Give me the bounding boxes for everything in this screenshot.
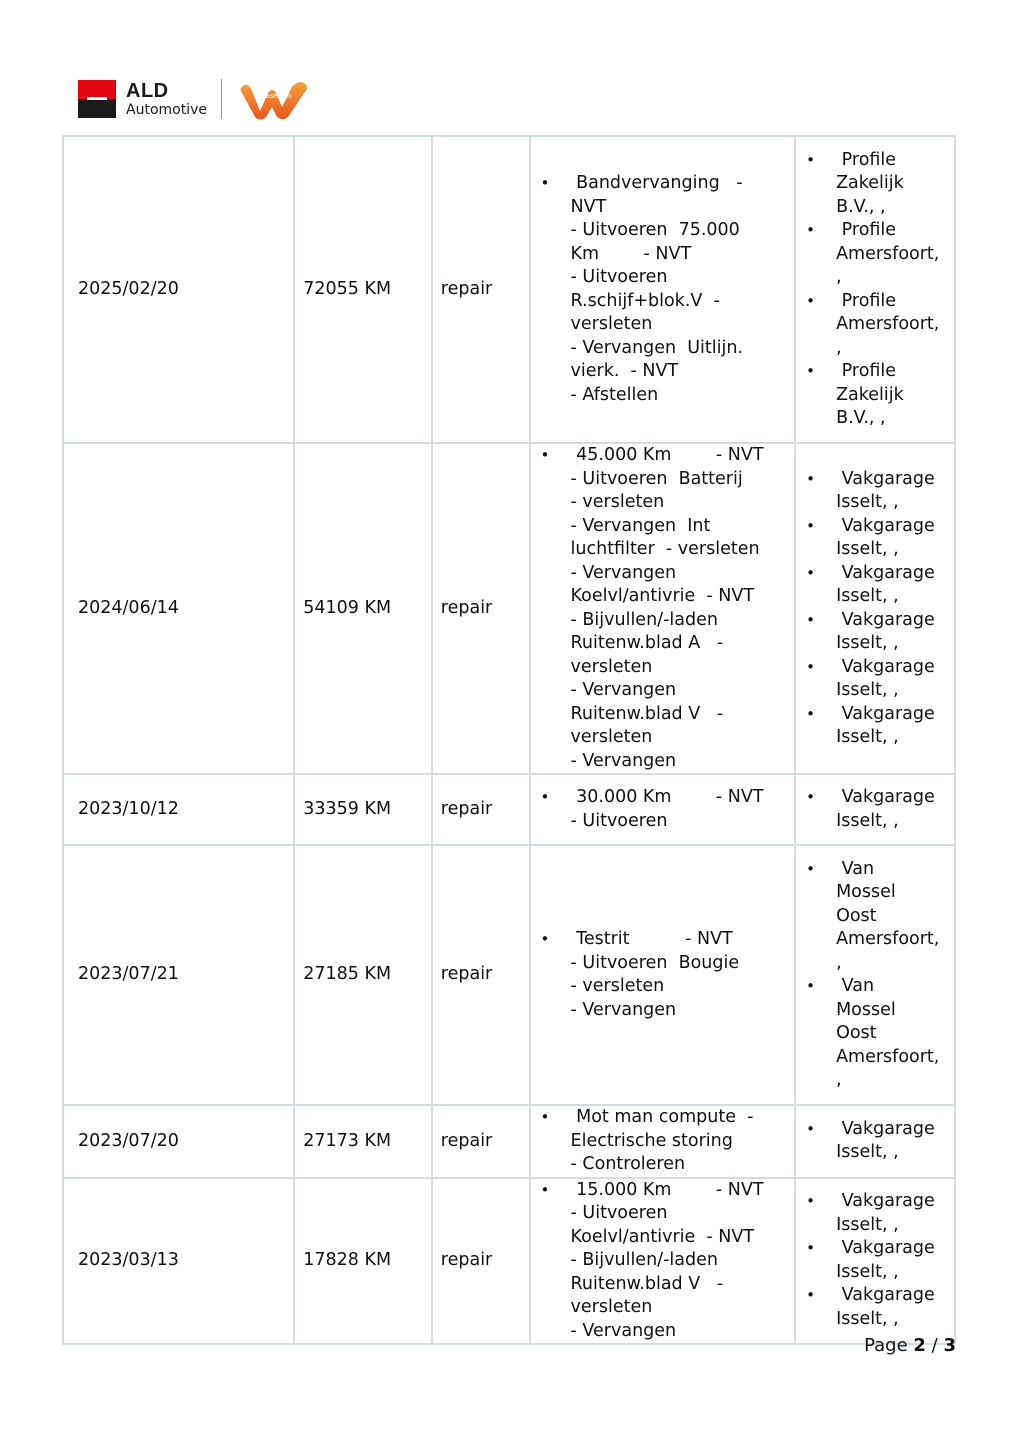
work-text: Bandvervanging - NVT - Uitvoeren 75.000 … bbox=[571, 172, 744, 407]
service-type: repair bbox=[432, 774, 530, 845]
garage-list-item: • Vakgarage Isselt, , bbox=[806, 609, 954, 656]
work-text: 30.000 Km - NVT - Uitvoeren bbox=[571, 786, 764, 833]
garage-list: • Vakgarage Isselt, ,• Vakgarage Isselt,… bbox=[795, 443, 955, 774]
bullet-icon: • bbox=[541, 444, 571, 773]
bullet-icon: • bbox=[806, 656, 836, 703]
maintenance-history-table: 2025/02/2072055 KMrepair• Bandvervanging… bbox=[62, 135, 956, 1345]
garage-list-item: • Profile Amersfoort, , bbox=[806, 290, 954, 361]
work-list-item: • 45.000 Km - NVT - Uitvoeren Batterij -… bbox=[541, 444, 787, 773]
ald-logo-line2: Automotive bbox=[126, 103, 207, 117]
garage-name: Vakgarage Isselt, , bbox=[836, 468, 935, 515]
work-description: • 30.000 Km - NVT - Uitvoeren bbox=[530, 774, 796, 845]
garage-list-item: • Vakgarage Isselt, , bbox=[806, 1118, 954, 1165]
garage-name: Van Mossel Oost Amersfoort, , bbox=[836, 858, 939, 976]
service-date: 2024/06/14 bbox=[63, 443, 294, 774]
bullet-icon: • bbox=[806, 1190, 836, 1237]
bullet-icon: • bbox=[806, 1118, 836, 1165]
table-row: 2023/03/1317828 KMrepair• 15.000 Km - NV… bbox=[63, 1178, 955, 1345]
garage-name: Vakgarage Isselt, , bbox=[836, 1237, 935, 1284]
work-text: 45.000 Km - NVT - Uitvoeren Batterij - v… bbox=[571, 444, 764, 773]
garage-name: Vakgarage Isselt, , bbox=[836, 1284, 935, 1331]
work-text: 15.000 Km - NVT - Uitvoeren Koelvl/antiv… bbox=[571, 1179, 764, 1344]
garage-name: Vakgarage Isselt, , bbox=[836, 1190, 935, 1237]
bullet-icon: • bbox=[806, 1284, 836, 1331]
garage-list-item: • Profile Zakelijk B.V., , bbox=[806, 149, 954, 220]
bullet-icon: • bbox=[806, 219, 836, 290]
mileage: 72055 KM bbox=[294, 136, 432, 443]
work-description: • Testrit - NVT - Uitvoeren Bougie - ver… bbox=[530, 845, 796, 1105]
garage-list: • Van Mossel Oost Amersfoort, ,• Van Mos… bbox=[795, 845, 955, 1105]
table-row: 2024/06/1454109 KMrepair• 45.000 Km - NV… bbox=[63, 443, 955, 774]
garage-name: Profile Amersfoort, , bbox=[836, 219, 939, 290]
garage-list-item: • Vakgarage Isselt, , bbox=[806, 1284, 954, 1331]
garage-list-item: • Van Mossel Oost Amersfoort, , bbox=[806, 858, 954, 976]
garage-list: • Profile Zakelijk B.V., ,• Profile Amer… bbox=[795, 136, 955, 443]
page-header: ALD Automotive LeasePlan bbox=[78, 76, 310, 122]
work-description: • Bandvervanging - NVT - Uitvoeren 75.00… bbox=[530, 136, 796, 443]
garage-list-item: • Profile Zakelijk B.V., , bbox=[806, 360, 954, 431]
garage-list: • Vakgarage Isselt, , bbox=[795, 774, 955, 845]
work-text: Testrit - NVT - Uitvoeren Bougie - versl… bbox=[571, 928, 740, 1022]
work-description: • Mot man compute - Electrische storing … bbox=[530, 1105, 796, 1178]
bullet-icon: • bbox=[806, 609, 836, 656]
service-type: repair bbox=[432, 1178, 530, 1345]
bullet-icon: • bbox=[541, 1179, 571, 1344]
leaseplan-logo-icon: LeasePlan bbox=[238, 77, 310, 121]
mileage: 17828 KM bbox=[294, 1178, 432, 1345]
mileage: 27173 KM bbox=[294, 1105, 432, 1178]
page-label: Page bbox=[864, 1335, 908, 1356]
mileage: 54109 KM bbox=[294, 443, 432, 774]
table-row: 2023/10/1233359 KMrepair• 30.000 Km - NV… bbox=[63, 774, 955, 845]
page-separator: / bbox=[932, 1335, 938, 1356]
leaseplan-label: LeasePlan bbox=[258, 93, 291, 100]
work-list-item: • Bandvervanging - NVT - Uitvoeren 75.00… bbox=[541, 172, 787, 407]
table-row: 2023/07/2027173 KMrepair• Mot man comput… bbox=[63, 1105, 955, 1178]
garage-list-item: • Vakgarage Isselt, , bbox=[806, 786, 954, 833]
garage-list-item: • Vakgarage Isselt, , bbox=[806, 468, 954, 515]
page-indicator: Page 2 / 3 bbox=[864, 1335, 956, 1356]
bullet-icon: • bbox=[806, 1237, 836, 1284]
service-type: repair bbox=[432, 136, 530, 443]
bullet-icon: • bbox=[541, 1106, 571, 1177]
bullet-icon: • bbox=[541, 928, 571, 1022]
garage-list: • Vakgarage Isselt, ,• Vakgarage Isselt,… bbox=[795, 1178, 955, 1345]
garage-list-item: • Van Mossel Oost Amersfoort, , bbox=[806, 975, 954, 1093]
garage-name: Van Mossel Oost Amersfoort, , bbox=[836, 975, 939, 1093]
logo-divider bbox=[221, 79, 222, 119]
bullet-icon: • bbox=[541, 786, 571, 833]
garage-name: Vakgarage Isselt, , bbox=[836, 515, 935, 562]
garage-list-item: • Vakgarage Isselt, , bbox=[806, 562, 954, 609]
garage-list-item: • Vakgarage Isselt, , bbox=[806, 703, 954, 750]
garage-list-item: • Vakgarage Isselt, , bbox=[806, 656, 954, 703]
total-pages: 3 bbox=[943, 1335, 956, 1356]
work-description: • 45.000 Km - NVT - Uitvoeren Batterij -… bbox=[530, 443, 796, 774]
work-list-item: • Mot man compute - Electrische storing … bbox=[541, 1106, 787, 1177]
garage-name: Vakgarage Isselt, , bbox=[836, 656, 935, 703]
table-row: 2025/02/2072055 KMrepair• Bandvervanging… bbox=[63, 136, 955, 443]
garage-name: Vakgarage Isselt, , bbox=[836, 703, 935, 750]
bullet-icon: • bbox=[806, 515, 836, 562]
bullet-icon: • bbox=[806, 290, 836, 361]
service-type: repair bbox=[432, 845, 530, 1105]
work-list-item: • 30.000 Km - NVT - Uitvoeren bbox=[541, 786, 787, 833]
bullet-icon: • bbox=[806, 975, 836, 1093]
bullet-icon: • bbox=[806, 858, 836, 976]
garage-name: Profile Amersfoort, , bbox=[836, 290, 939, 361]
garage-name: Profile Zakelijk B.V., , bbox=[836, 360, 904, 431]
garage-list-item: • Profile Amersfoort, , bbox=[806, 219, 954, 290]
service-type: repair bbox=[432, 1105, 530, 1178]
work-list-item: • Testrit - NVT - Uitvoeren Bougie - ver… bbox=[541, 928, 787, 1022]
bullet-icon: • bbox=[806, 562, 836, 609]
bullet-icon: • bbox=[541, 172, 571, 407]
garage-list-item: • Vakgarage Isselt, , bbox=[806, 515, 954, 562]
garage-name: Vakgarage Isselt, , bbox=[836, 786, 935, 833]
garage-name: Vakgarage Isselt, , bbox=[836, 562, 935, 609]
work-description: • 15.000 Km - NVT - Uitvoeren Koelvl/ant… bbox=[530, 1178, 796, 1345]
garage-name: Vakgarage Isselt, , bbox=[836, 609, 935, 656]
garage-list: • Vakgarage Isselt, , bbox=[795, 1105, 955, 1178]
work-list-item: • 15.000 Km - NVT - Uitvoeren Koelvl/ant… bbox=[541, 1179, 787, 1344]
mileage: 33359 KM bbox=[294, 774, 432, 845]
garage-name: Profile Zakelijk B.V., , bbox=[836, 149, 904, 220]
ald-logo-text: ALD Automotive bbox=[126, 81, 207, 117]
garage-list-item: • Vakgarage Isselt, , bbox=[806, 1190, 954, 1237]
bullet-icon: • bbox=[806, 149, 836, 220]
table-row: 2023/07/2127185 KMrepair• Testrit - NVT … bbox=[63, 845, 955, 1105]
service-date: 2023/03/13 bbox=[63, 1178, 294, 1345]
work-text: Mot man compute - Electrische storing - … bbox=[571, 1106, 754, 1177]
current-page: 2 bbox=[913, 1335, 926, 1356]
service-date: 2023/07/21 bbox=[63, 845, 294, 1105]
garage-list-item: • Vakgarage Isselt, , bbox=[806, 1237, 954, 1284]
bullet-icon: • bbox=[806, 360, 836, 431]
ald-logo-line1: ALD bbox=[126, 81, 207, 101]
service-date: 2023/07/20 bbox=[63, 1105, 294, 1178]
ald-logo-icon bbox=[78, 80, 116, 118]
mileage: 27185 KM bbox=[294, 845, 432, 1105]
garage-name: Vakgarage Isselt, , bbox=[836, 1118, 935, 1165]
bullet-icon: • bbox=[806, 468, 836, 515]
service-type: repair bbox=[432, 443, 530, 774]
bullet-icon: • bbox=[806, 786, 836, 833]
service-date: 2023/10/12 bbox=[63, 774, 294, 845]
bullet-icon: • bbox=[806, 703, 836, 750]
service-date: 2025/02/20 bbox=[63, 136, 294, 443]
